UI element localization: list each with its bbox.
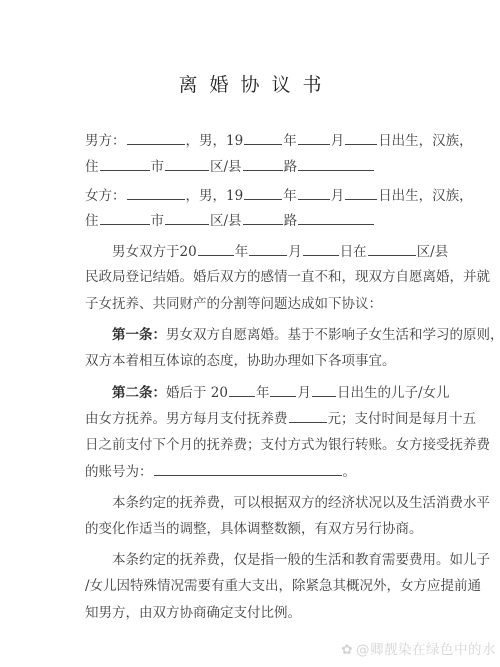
district-label: 区/县 <box>417 244 449 260</box>
female-birth-year-blank <box>244 186 282 200</box>
female-address-detail-blank <box>298 211 374 225</box>
child-birth-month-blank <box>270 383 296 397</box>
birth-suffix: 日出生，汉族， <box>378 133 473 149</box>
general-line-1: 本条约定的抚养费，仅是指一般的生活和教育需要费用。如儿子 <box>85 551 472 569</box>
intro-text: 男女双方于20 <box>112 244 197 260</box>
article1-line-2: 双方本着相互体谅的态度，协助办理如下各项事宜。 <box>85 352 445 370</box>
article1-text: 男女双方自愿离婚。基于不影响子女生活和学习的原则， <box>166 327 500 343</box>
article2-text: 婚后于 20 <box>166 385 228 401</box>
female-road-blank <box>243 211 283 225</box>
road-label: 路 <box>284 159 298 175</box>
female-birth-month-blank <box>298 186 330 200</box>
article2-text: 由女方抚养。男方每月支付抚养费 <box>85 411 288 427</box>
account-number-blank <box>154 462 342 476</box>
address-prefix: 住 <box>85 159 99 175</box>
support-amount-blank <box>289 409 327 423</box>
male-city-blank <box>100 157 150 171</box>
intro-line-2: 民政局登记结婚。婚后双方的感情一直不和，现双方自愿离婚，并就 <box>85 268 445 286</box>
male-address-line: 住市区/县路 <box>85 157 445 176</box>
male-road-blank <box>243 157 283 171</box>
article2-line-4: 的账号为：。 <box>85 462 445 481</box>
male-birth-year-blank <box>244 131 282 145</box>
female-label: 女方： <box>85 188 126 204</box>
male-name-blank <box>127 131 185 145</box>
period: 。 <box>343 464 357 480</box>
intro-line-3: 子女抚养、共同财产的分割等问题达成如下协议： <box>85 295 445 313</box>
watermark: ✿@卿靓染在绿色中的水 <box>341 638 496 658</box>
marriage-day-blank <box>303 242 339 256</box>
marriage-year-blank <box>198 242 234 256</box>
marriage-district-blank <box>368 242 416 256</box>
paw-icon: ✿ <box>341 642 353 658</box>
city-label: 市 <box>151 159 165 175</box>
female-city-blank <box>100 211 150 225</box>
male-gender-text: ，男，19 <box>186 133 244 149</box>
male-district-blank <box>165 157 209 171</box>
article2-line-3: 日之前支付下个月的抚养费；支付方式为银行转账。女方接受抚养费 <box>85 436 445 454</box>
month-label: 月 <box>331 188 345 204</box>
address-prefix: 住 <box>85 213 99 229</box>
year-label: 年 <box>283 133 297 149</box>
day-at-label: 日在 <box>340 244 367 260</box>
child-birth-year-blank <box>229 383 255 397</box>
document-page: 离婚协议书 男方：，男，19年月日出生，汉族， 住市区/县路 女方：，男，19年… <box>0 0 500 667</box>
month-label: 月 <box>288 244 302 260</box>
article2-heading: 第二条： <box>112 385 166 401</box>
adjust-line-2: 的变化作适当的调整，具体调整数额，有双方另行协商。 <box>85 520 445 538</box>
birth-suffix: 日出生，汉族， <box>378 188 473 204</box>
female-gender-text: ，男，19 <box>186 188 244 204</box>
document-title: 离婚协议书 <box>0 70 500 97</box>
general-line-2: /女儿因特殊情况需要有重大支出，除紧急其概况外，女方应提前通 <box>85 577 445 595</box>
district-label: 区/县 <box>210 159 242 175</box>
female-district-blank <box>165 211 209 225</box>
article2-line-1: 第二条：婚后于 20年月日出生的儿子/女儿 <box>85 383 472 402</box>
month-label: 月 <box>331 133 345 149</box>
marriage-month-blank <box>249 242 287 256</box>
article2-text: 日出生的儿子/女儿 <box>337 385 450 401</box>
female-birth-day-blank <box>345 186 377 200</box>
account-label: 的账号为： <box>85 464 153 480</box>
month-label: 月 <box>297 385 311 401</box>
city-label: 市 <box>151 213 165 229</box>
child-birth-day-blank <box>312 383 336 397</box>
general-line-3: 知男方，由双方协商确定支付比例。 <box>85 604 445 622</box>
male-address-detail-blank <box>298 157 374 171</box>
female-party-line: 女方：，男，19年月日出生，汉族， <box>85 186 445 205</box>
intro-line-1: 男女双方于20年月日在区/县 <box>85 242 472 261</box>
female-name-blank <box>127 186 185 200</box>
male-birth-month-blank <box>298 131 330 145</box>
adjust-line-1: 本条约定的抚养费，可以根据双方的经济状况以及生活消费水平 <box>85 494 472 512</box>
article2-line-2: 由女方抚养。男方每月支付抚养费元；支付时间是每月十五 <box>85 409 445 428</box>
article2-text: 元；支付时间是每月十五 <box>328 411 477 427</box>
district-label: 区/县 <box>210 213 242 229</box>
article1-line-1: 第一条：男女双方自愿离婚。基于不影响子女生活和学习的原则， <box>85 326 472 344</box>
male-birth-day-blank <box>345 131 377 145</box>
road-label: 路 <box>284 213 298 229</box>
male-party-line: 男方：，男，19年月日出生，汉族， <box>85 131 445 150</box>
year-label: 年 <box>283 188 297 204</box>
male-label: 男方： <box>85 133 126 149</box>
year-label: 年 <box>235 244 249 260</box>
watermark-text: @卿靓染在绿色中的水 <box>356 642 496 658</box>
article1-heading: 第一条： <box>112 327 166 343</box>
year-label: 年 <box>256 385 270 401</box>
female-address-line: 住市区/县路 <box>85 211 445 230</box>
